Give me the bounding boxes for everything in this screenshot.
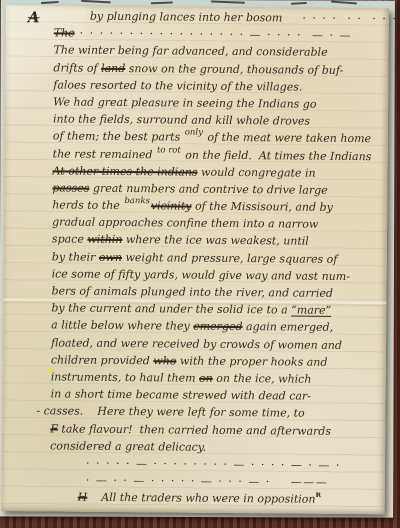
interlined-text: only: [185, 128, 203, 138]
text-segment: weight and pressure, large squares of: [122, 251, 338, 266]
text-segment: instruments, to haul them: [51, 370, 199, 384]
text-segment: faloes resorted to the vicinity of the v…: [53, 78, 302, 93]
text-segment: We had great pleasure in seeing the Indi…: [53, 95, 316, 110]
dotted-fill: · — · · — · · · · · — · · · — · ———: [86, 474, 329, 489]
text-segment: take flavour! then carried home and afte…: [58, 422, 331, 437]
dotted-fill: · · · · · — · · · · · · · · — · · · · — …: [86, 457, 341, 472]
manuscript-line: of them; the best parts only of the meat…: [53, 128, 385, 148]
corner-letter: A: [28, 8, 40, 26]
previous-page-edge-writing: [151, 2, 173, 5]
text-segment: of the Missisouri, and by: [191, 200, 332, 214]
text-segment: by their: [52, 250, 99, 263]
struck-text: passes: [52, 181, 89, 194]
text-segment: All the traders who were in opposition: [87, 491, 315, 506]
manuscript-page: A by plunging lances into her bosom · · …: [2, 5, 389, 514]
struck-text: own: [99, 250, 122, 263]
dotted-fill: · · · · · · · · · · · · · · · · · — · · …: [75, 27, 352, 42]
text-segment: the rest remained: [53, 147, 156, 161]
interlined-text: banks: [124, 196, 150, 206]
underlined-text: “mare”: [291, 304, 331, 317]
struck-text: on: [199, 372, 213, 385]
manuscript-text: by plunging lances into her bosom · · · …: [50, 7, 386, 508]
text-segment: into the fields, surround and kill whole…: [53, 113, 310, 128]
text-segment: on the ice, which: [213, 372, 312, 386]
previous-page-edge-writing: [211, 0, 245, 3]
text-segment: by plunging lances into her bosom: [90, 10, 283, 25]
struck-text: The: [54, 27, 75, 40]
previous-page-edge-writing: [81, 0, 111, 3]
text-segment: ice some of fifty yards, would give way …: [52, 267, 350, 283]
text-segment: drifts of: [53, 61, 101, 74]
struck-text: At other times the indians: [52, 164, 197, 178]
text-segment: in a short time became strewed with dead…: [51, 388, 311, 403]
interlined-text: to rot: [157, 145, 181, 155]
text-segment: - casses. Here they were left for some t…: [36, 405, 304, 420]
struck-text: F: [50, 422, 58, 435]
text-segment: on the field. At times the Indians: [182, 148, 372, 163]
text-segment: where the ice was weakest, until: [122, 233, 309, 248]
insertion-mark: ʀ: [316, 489, 322, 499]
previous-page-edge-writing: [41, 1, 59, 4]
text-segment: would congregate in: [198, 165, 316, 179]
previous-page-edge-writing: [291, 2, 307, 5]
text-segment: floated, and were received by crowds of …: [51, 336, 342, 352]
text-segment: great numbers and contrive to drive larg…: [89, 182, 327, 197]
text-segment: considered a great delicacy.: [50, 439, 206, 453]
text-segment: with the proper hooks and: [176, 354, 327, 368]
struck-text: vicinity: [151, 199, 192, 212]
text-segment: again emerged,: [243, 320, 334, 334]
text-segment: of them; the best parts: [53, 130, 184, 144]
text-segment: of the meat were taken home: [204, 131, 371, 145]
struck-text: emerged: [193, 320, 242, 333]
text-segment: The winter being far advanced, and consi…: [54, 44, 328, 59]
text-segment: herds to the: [52, 198, 123, 212]
text-segment: by the current and under the solid ice t…: [51, 302, 291, 317]
text-segment: a little below where they: [51, 319, 193, 333]
struck-text: within: [87, 233, 122, 246]
text-segment: children provided: [51, 353, 154, 367]
manuscript-line: H All the traders who were in opposition…: [78, 489, 382, 509]
struck-text: land: [101, 61, 125, 74]
text-segment: bers of animals plunged into the river, …: [51, 284, 333, 299]
text-segment: gradual approaches confine them into a n…: [52, 216, 318, 231]
dotted-fill: · · · · · · · · ·: [282, 11, 397, 25]
text-segment: snow on the ground, thousands of buf-: [125, 62, 343, 77]
text-segment: space: [52, 233, 88, 246]
struck-text: who: [153, 354, 176, 367]
struck-text: H: [78, 491, 88, 504]
previous-page-edge-writing: [331, 1, 357, 5]
